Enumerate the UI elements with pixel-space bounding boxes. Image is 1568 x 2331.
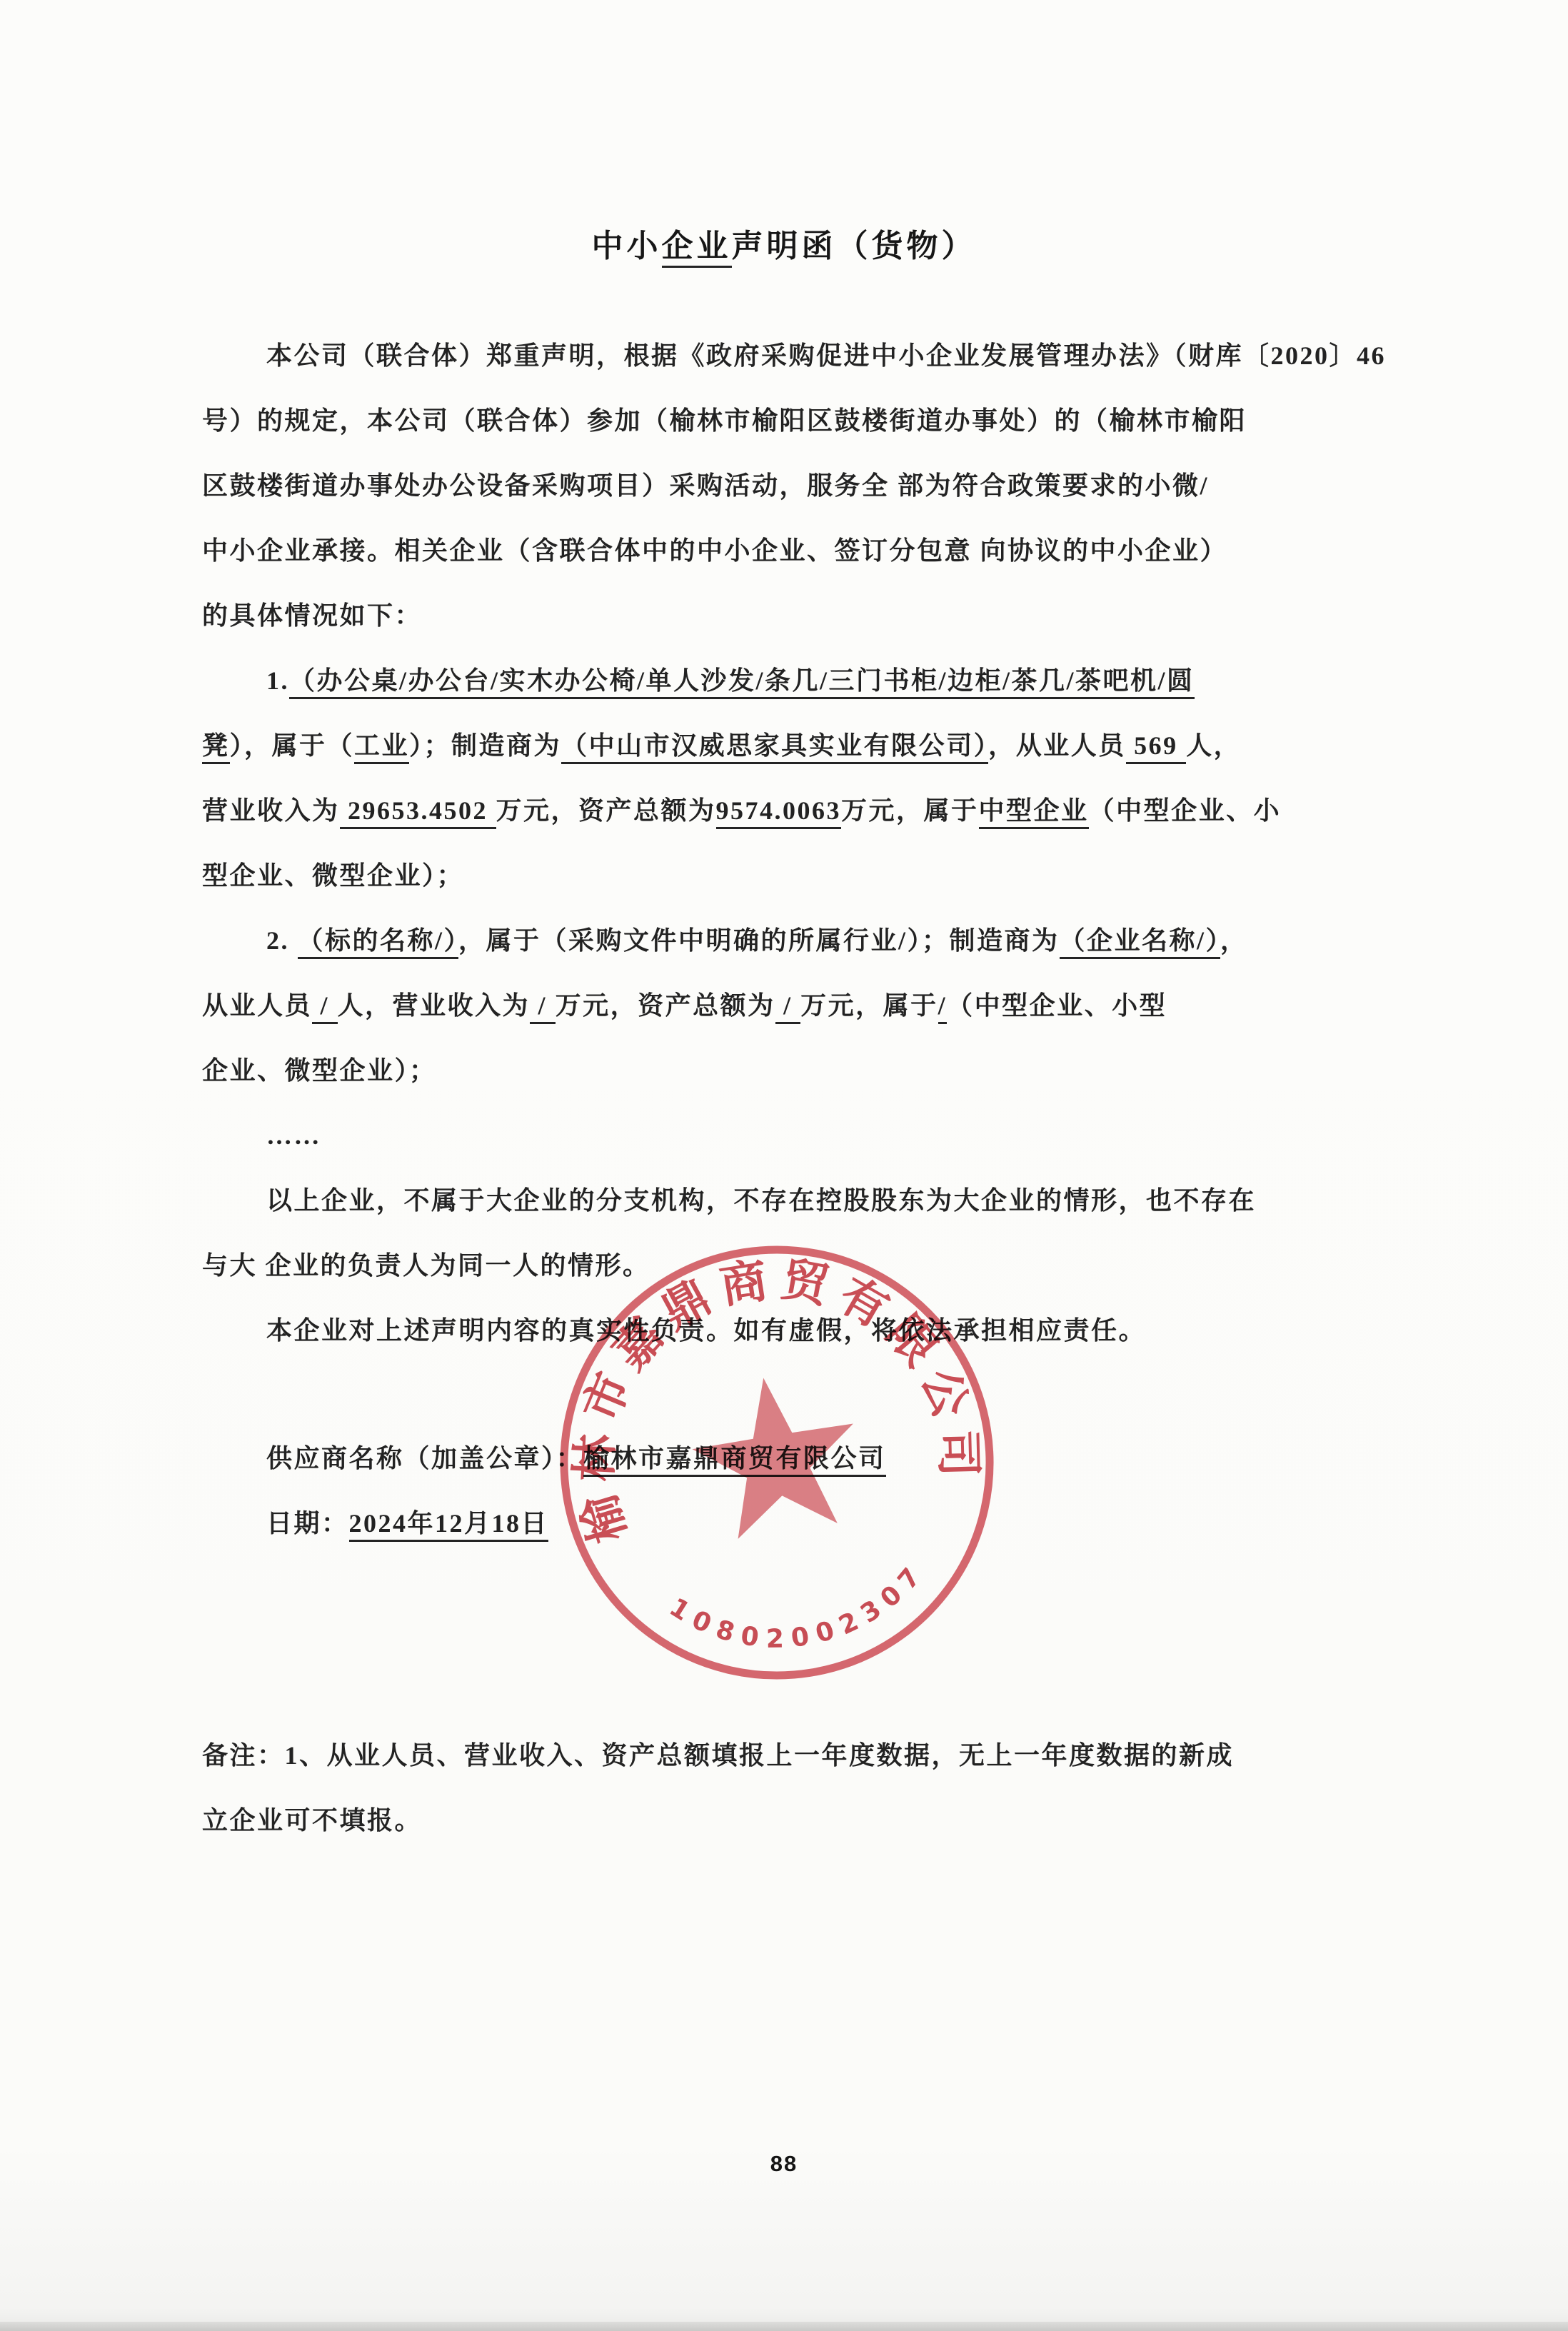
text-segment: 备注：1、从业人员、营业收入、资产总额填报上一年度数据，无上一年度数据的新成: [202, 1741, 1234, 1770]
text-segment: （中型企业、小: [1089, 796, 1282, 825]
text-segment: 声明函（货物）: [732, 229, 977, 264]
text-line: 立企业可不填报。: [202, 1788, 1416, 1853]
text-segment: 的具体情况如下：: [202, 601, 422, 630]
text-segment: 号）的规定，本公司（联合体）参加（榆林市榆阳区鼓楼街道办事处）的（榆林市榆阳: [202, 406, 1247, 435]
text-segment: 日期：: [266, 1509, 349, 1538]
text-segment: 1.: [266, 666, 289, 695]
underlined-text: （中山市汉威思家具实业有限公司）: [561, 731, 988, 764]
remark-block: 备注：1、从业人员、营业收入、资产总额填报上一年度数据，无上一年度数据的新成立企…: [202, 1723, 1416, 1853]
text-line: 1.（办公桌/办公台/实木办公椅/单人沙发/条几/三门书柜/边柜/茶几/茶吧机/…: [202, 648, 1416, 713]
text-segment: ，属于（采购文件中明确的所属行业/）；制造商为: [458, 926, 1060, 955]
text-line: 本公司（联合体）郑重声明，根据《政府采购促进中小企业发展管理办法》（财库〔202…: [202, 324, 1416, 388]
text-segment: 以上企业，不属于大企业的分支机构，不存在控股股东为大企业的情形，也不存在: [266, 1186, 1256, 1215]
intro-paragraph: 本公司（联合体）郑重声明，根据《政府采购促进中小企业发展管理办法》（财库〔202…: [202, 324, 1416, 648]
text-segment: 人，: [1186, 731, 1241, 760]
text-segment: 中小: [592, 229, 662, 264]
text-segment: 从业人员: [202, 991, 312, 1020]
underlined-text: 中型企业: [979, 796, 1089, 829]
underlined-text: （标的名称/）: [298, 926, 459, 959]
text-segment: 中小企业承接。相关企业（含联合体中的中小企业、签订分包意 向协议的中小企业）: [202, 536, 1227, 565]
underlined-text: /: [312, 991, 338, 1024]
underlined-text: 凳: [202, 731, 230, 764]
stamp-star-icon: [683, 1365, 868, 1544]
text-segment: 万元，资产总额为: [496, 796, 716, 825]
page-number: 88: [0, 2151, 1568, 2177]
text-segment: 2.: [266, 926, 298, 955]
underlined-text: 工业: [354, 731, 409, 764]
text-segment: 企业、微型企业）；: [202, 1056, 437, 1085]
text-line: 以上企业，不属于大企业的分支机构，不存在控股股东为大企业的情形，也不存在: [202, 1168, 1416, 1233]
document-title: 中小企业声明函（货物）: [0, 220, 1568, 266]
scanned-document-page: { "title": { "segs": [ {"t":"中小"}, {"t":…: [0, 0, 1568, 2331]
text-segment: 型企业、微型企业）；: [202, 861, 464, 890]
text-line: 备注：1、从业人员、营业收入、资产总额填报上一年度数据，无上一年度数据的新成: [202, 1723, 1416, 1788]
text-line: 凳），属于（工业）；制造商为（中山市汉威思家具实业有限公司），从业人员 569 …: [202, 713, 1416, 778]
text-line: 型企业、微型企业）；: [202, 843, 1416, 908]
underlined-text: 9574.0063: [716, 796, 842, 829]
underlined-text: 29653.4502: [340, 796, 496, 829]
text-segment: 营业收入为: [202, 796, 340, 825]
text-line: 中小企业承接。相关企业（含联合体中的中小企业、签订分包意 向协议的中小企业）: [202, 518, 1416, 583]
underlined-text: （办公桌/办公台/实木办公椅/单人沙发/条几/三门书柜/边柜/茶几/茶吧机/圆: [289, 666, 1195, 699]
text-segment: （中型企业、小型: [947, 991, 1167, 1020]
text-line: 2. （标的名称/），属于（采购文件中明确的所属行业/）；制造商为（企业名称/）…: [202, 908, 1416, 973]
scan-edge-shadow: [0, 2322, 1568, 2331]
underlined-text: 2024年12月18日: [349, 1509, 549, 1542]
text-line: 的具体情况如下：: [202, 583, 1416, 648]
item-2-blank-template: 2. （标的名称/），属于（采购文件中明确的所属行业/）；制造商为（企业名称/）…: [202, 908, 1416, 1103]
company-stamp: 榆林市嘉鼎商贸有限公司 6108020023076: [556, 1241, 998, 1684]
underlined-text: 569: [1126, 731, 1187, 764]
text-line: 企业、微型企业）；: [202, 1038, 1416, 1103]
text-segment: 万元，属于: [841, 796, 979, 825]
text-segment: 人，营业收入为: [338, 991, 531, 1020]
text-segment: ，: [1220, 926, 1248, 955]
text-segment: ……: [266, 1121, 321, 1150]
underlined-text: 企业: [662, 229, 732, 268]
underlined-text: /: [775, 991, 801, 1024]
text-line: 号）的规定，本公司（联合体）参加（榆林市榆阳区鼓楼街道办事处）的（榆林市榆阳: [202, 388, 1416, 453]
text-segment: 立企业可不填报。: [202, 1806, 422, 1835]
text-segment: 本公司（联合体）郑重声明，根据《政府采购促进中小企业发展管理办法》（财库〔202…: [266, 341, 1386, 370]
text-segment: 供应商名称（加盖公章）：: [266, 1444, 583, 1473]
text-segment: 万元，属于: [800, 991, 938, 1020]
text-line: 从业人员 / 人，营业收入为 / 万元，资产总额为 / 万元，属于/（中型企业、…: [202, 973, 1416, 1038]
underlined-text: /: [938, 991, 948, 1024]
text-segment: 区鼓楼街道办事处办公设备采购项目）采购活动，服务全 部为符合政策要求的小微/: [202, 471, 1209, 500]
text-segment: 万元，资产总额为: [556, 991, 775, 1020]
item-1-manufacturer-details: 1.（办公桌/办公台/实木办公椅/单人沙发/条几/三门书柜/边柜/茶几/茶吧机/…: [202, 648, 1416, 908]
text-line: 区鼓楼街道办事处办公设备采购项目）采购活动，服务全 部为符合政策要求的小微/: [202, 453, 1416, 518]
ellipsis-line: ……: [202, 1103, 1416, 1168]
text-segment: ，从业人员: [988, 731, 1126, 760]
text-line: 营业收入为 29653.4502 万元，资产总额为9574.0063万元，属于中…: [202, 778, 1416, 843]
underlined-text: （企业名称/）: [1060, 926, 1221, 959]
text-segment: ），属于（: [230, 731, 355, 760]
text-line: ……: [202, 1103, 1416, 1168]
underlined-text: /: [530, 991, 556, 1024]
text-segment: ）；制造商为: [409, 731, 561, 760]
